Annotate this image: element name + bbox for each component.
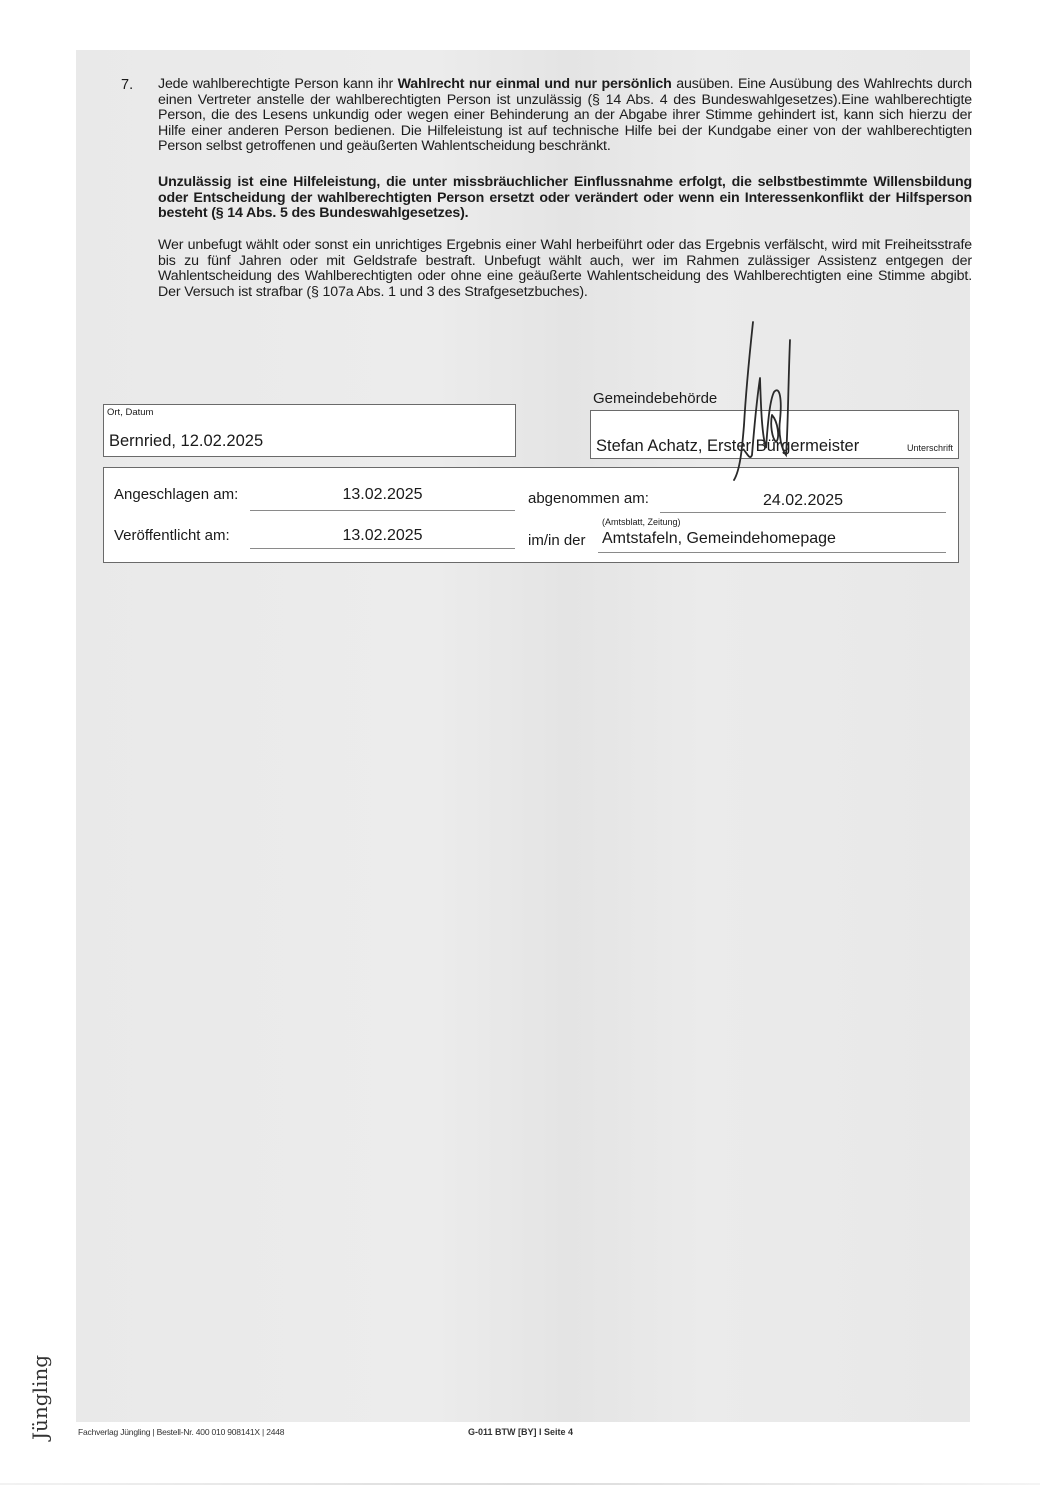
section-number: 7. [121, 77, 133, 93]
paragraph-strafbarkeit: Wer unbefugt wählt oder sonst ein unrich… [158, 238, 972, 300]
veroeffentlicht-label: Veröffentlicht am: [114, 527, 230, 544]
paragraph-wahlrecht: Jede wahlberechtigte Person kann ihr Wah… [158, 77, 972, 155]
paragraph-unzulaessig: Unzulässig ist eine Hilfeleistung, die u… [158, 175, 972, 222]
publisher-logo: Jüngling [28, 1355, 52, 1440]
ort-datum-field: Ort, Datum Bernried, 12.02.2025 [103, 404, 516, 457]
angeschlagen-label: Angeschlagen am: [114, 486, 238, 503]
gemeindebehoerde-field: Stefan Achatz, Erster Bürgermeister Unte… [590, 410, 959, 459]
ort-datum-label: Ort, Datum [107, 407, 153, 418]
angeschlagen-value: 13.02.2025 [250, 486, 515, 504]
veroeffentlicht-value: 13.02.2025 [250, 527, 515, 545]
medium-underline [598, 552, 946, 553]
unterschrift-label: Unterschrift [907, 443, 953, 453]
signatory-name: Stefan Achatz, Erster Bürgermeister [596, 437, 859, 456]
abgenommen-value: 24.02.2025 [660, 492, 946, 510]
medium-hint: (Amtsblatt, Zeitung) [602, 517, 681, 527]
publication-record-box: Angeschlagen am: 13.02.2025 abgenommen a… [103, 467, 959, 563]
page-bottom-edge [0, 1483, 1040, 1485]
angeschlagen-underline [250, 510, 515, 511]
publisher-line: Fachverlag Jüngling | Bestell-Nr. 400 01… [78, 1427, 284, 1437]
paragraph-emphasis: Wahlrecht nur einmal und nur persönlich [398, 76, 672, 92]
medium-value: Amtstafeln, Gemeindehomepage [602, 530, 836, 548]
form-id: G-011 BTW [BY] I Seite 4 [468, 1427, 573, 1437]
veroeffentlicht-underline [250, 548, 515, 549]
paragraph-text: Jede wahlberechtigte Person kann ihr [158, 76, 398, 92]
ort-datum-value: Bernried, 12.02.2025 [109, 432, 263, 451]
abgenommen-label: abgenommen am: [528, 490, 649, 507]
gemeindebehoerde-label: Gemeindebehörde [593, 390, 717, 407]
im-in-der-label: im/in der [528, 532, 586, 549]
abgenommen-underline [660, 512, 946, 513]
